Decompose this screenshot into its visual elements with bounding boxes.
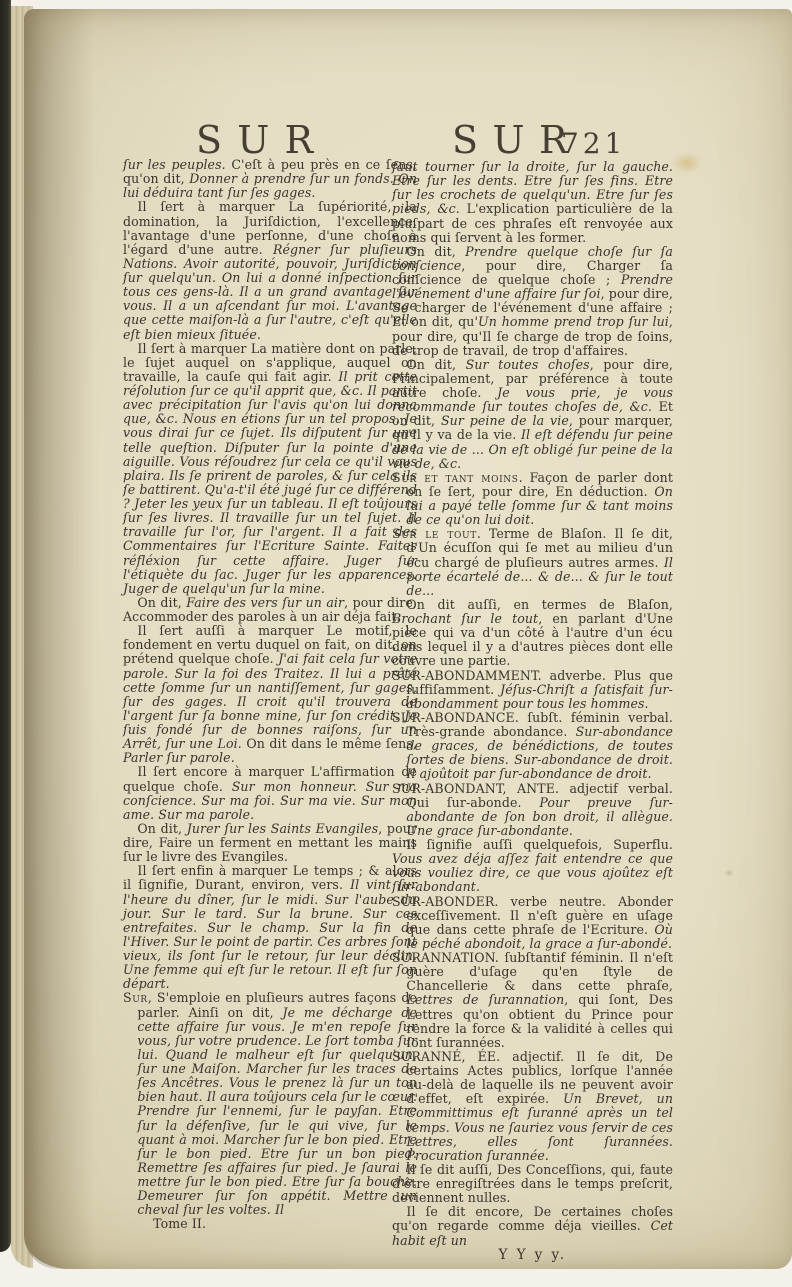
book-page-scan: SUR SUR 721 ſur les peuples. C'eſt à peu… bbox=[0, 0, 792, 1287]
text-run: Sur bbox=[123, 990, 148, 1005]
italic-text-run: Parler ſur parole. bbox=[123, 750, 235, 765]
paragraph: Il ſe dit auſſi, Des Conceſſions, qui, f… bbox=[392, 1163, 673, 1205]
text-run: On dit, bbox=[137, 821, 186, 836]
page-number: 721 bbox=[561, 127, 626, 160]
text-run: On dit, bbox=[406, 244, 465, 259]
text-run: On dit, bbox=[137, 595, 186, 610]
paragraph: SUR-ABONDANT, ANTE. adjectif verbal. Qui… bbox=[392, 782, 673, 839]
text-run: Il ſe dit encore, De certaines choſes qu… bbox=[392, 1204, 673, 1233]
paper-stain bbox=[724, 869, 734, 877]
italic-text-run: Régner ſur pluſieurs Nations. Avoir auto… bbox=[123, 242, 417, 342]
paragraph: ſur les peuples. C'eſt à peu près en ce … bbox=[123, 158, 417, 200]
italic-text-run: Jurer ſur les Saints Evangiles bbox=[187, 821, 379, 836]
text-run: Sur le tout bbox=[392, 526, 477, 541]
text-run: Tome II. bbox=[153, 1216, 206, 1231]
text-run: Y Y y y. bbox=[499, 1247, 567, 1263]
text-run: Il ſe dit auſſi, Des Conceſſions, qui, f… bbox=[392, 1162, 673, 1205]
paragraph: Sur et tant moins. Façon de parler dont … bbox=[392, 471, 673, 528]
italic-text-run: Lettres de ſurannation bbox=[406, 992, 564, 1007]
paragraph: On dit, Jurer ſur les Saints Evangiles, … bbox=[123, 822, 417, 864]
paragraph: Il ſignifie auſſi quelquefois, Superflu.… bbox=[392, 838, 673, 895]
italic-text-run: Il prit cette réſolution ſur ce qu'il ap… bbox=[123, 369, 417, 596]
text-run: On dit, bbox=[406, 357, 465, 372]
italic-text-run: ſur les peuples. bbox=[123, 157, 231, 172]
paragraph: Il ſert à marquer La matière dont on par… bbox=[123, 342, 417, 596]
italic-text-run: Un homme prend trop ſur lui bbox=[478, 314, 669, 329]
italic-text-run: Sur peine de la vie bbox=[441, 413, 569, 428]
paper-stain bbox=[672, 152, 702, 174]
paragraph: On dit, Faire des vers ſur un air, pour … bbox=[123, 596, 417, 624]
paragraph: Il ſert encore à marquer L'affirmation d… bbox=[123, 765, 417, 822]
paragraph: Sur, S'emploie en pluſieurs autres façon… bbox=[123, 991, 417, 1217]
book-binding bbox=[0, 0, 11, 1252]
gutter-shadow bbox=[24, 9, 94, 1269]
running-head-left: SUR bbox=[196, 118, 328, 162]
paragraph: SURANNÉ, ÉE. adjectif. Il ſe dit, De cer… bbox=[392, 1050, 673, 1163]
italic-text-run: Brochant ſur le tout bbox=[392, 611, 538, 626]
paragraph: SURANNATION. ſubſtantif féminin. Il n'eſ… bbox=[392, 951, 673, 1050]
paragraph: Il ſert à marquer La ſupériorité, la dom… bbox=[123, 200, 417, 341]
text-run: Il ſignifie auſſi quelquefois, Superflu. bbox=[406, 837, 673, 852]
paragraph: Il ſert enfin à marquer Le temps ; & alo… bbox=[123, 864, 417, 991]
paper-page: SUR SUR 721 ſur les peuples. C'eſt à peu… bbox=[24, 9, 792, 1269]
paragraph: On dit auſſi, en termes de Blaſon, Broch… bbox=[392, 598, 673, 669]
paragraph: SUR-ABONDER. verbe neutre. Abonder exceſ… bbox=[392, 895, 673, 952]
paragraph: Sur le tout. Terme de Blaſon. Il ſe dit,… bbox=[392, 527, 673, 598]
text-run: Sur et tant moins bbox=[392, 470, 519, 485]
paragraph: SUR-ABONDAMMENT. adverbe. Plus que ſuffi… bbox=[392, 669, 673, 711]
column-left: ſur les peuples. C'eſt à peu près en ce … bbox=[123, 158, 417, 1232]
paragraph: Y Y y y. bbox=[392, 1248, 673, 1262]
text-run: SUR-ABONDER. verbe neutre. Abonder exceſ… bbox=[392, 894, 673, 937]
italic-text-run: Sur toutes choſes bbox=[466, 357, 590, 372]
italic-text-run: Vous avez déja aſſez fait entendre ce qu… bbox=[392, 851, 673, 894]
italic-text-run: Il vint ſur l'heure du dîner, ſur le mid… bbox=[123, 877, 417, 991]
paragraph: Il ſe dit encore, De certaines choſes qu… bbox=[392, 1205, 673, 1247]
text-run: On dit auſſi, en termes de Blaſon, bbox=[406, 597, 673, 612]
paragraph: faut tourner ſur la droite, ſur la gauch… bbox=[392, 160, 673, 245]
italic-text-run: Faire des vers ſur un air bbox=[186, 595, 344, 610]
column-right: faut tourner ſur la droite, ſur la gauch… bbox=[392, 160, 673, 1262]
paragraph: On dit, Prendre quelque choſe ſur ſa con… bbox=[392, 245, 673, 358]
paragraph: Il ſert auſſi à marquer Le motif, le fon… bbox=[123, 624, 417, 765]
italic-text-run: Je me décharge de cette affaire ſur vous… bbox=[137, 1005, 417, 1218]
paragraph: Tome II. bbox=[123, 1217, 417, 1231]
paragraph: On dit, Sur toutes choſes, pour dire, Pr… bbox=[392, 358, 673, 471]
text-run: SURANNATION. ſubſtantif féminin. Il n'eſ… bbox=[392, 950, 673, 993]
paragraph: SUR-ABONDANCE. ſubſt. féminin verbal. Tr… bbox=[392, 711, 673, 782]
